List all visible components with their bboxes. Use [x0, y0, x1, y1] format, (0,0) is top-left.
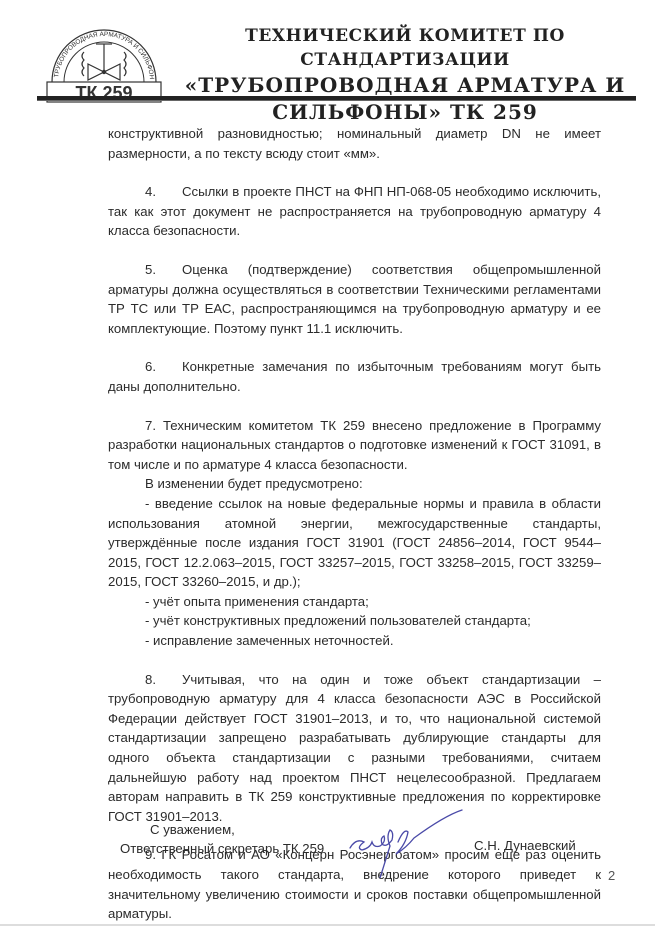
valve-icon: [82, 44, 126, 80]
item-7-bullet: - учёт конструктивных предложений пользо…: [108, 611, 601, 631]
closing-block: С уважением, Ответственный секретарь ТК …: [120, 820, 324, 858]
tk259-logo: ТРУБОПРОВОДНАЯ АРМАТУРА И СИЛЬФОНЫ ТК 25…: [44, 24, 164, 104]
letterhead: ТРУБОПРОВОДНАЯ АРМАТУРА И СИЛЬФОНЫ ТК 25…: [0, 0, 655, 110]
header-divider: [37, 96, 636, 101]
item-6: 6.Конкретные замечания по избыточным тре…: [108, 357, 601, 396]
item-7: 7. Техническим комитетом ТК 259 внесено …: [108, 416, 601, 475]
committee-title: ТЕХНИЧЕСКИЙ КОМИТЕТ ПО СТАНДАРТИЗАЦИИ «Т…: [160, 24, 650, 126]
signer-position: Ответственный секретарь ТК 259: [120, 839, 324, 858]
title-line-1: ТЕХНИЧЕСКИЙ КОМИТЕТ ПО СТАНДАРТИЗАЦИИ: [160, 24, 650, 72]
signer-name: С.Н. Дунаевский: [474, 838, 576, 853]
title-line-2: «ТРУБОПРОВОДНАЯ АРМАТУРА И: [160, 72, 650, 99]
regards-text: С уважением,: [120, 820, 324, 839]
item-7-bullet: - исправление замеченных неточностей.: [108, 631, 601, 651]
page-number: 2: [608, 868, 615, 883]
item-7-intro: В изменении будет предусмотрено:: [108, 474, 601, 494]
item-5: 5.Оценка (подтверждение) соответствия об…: [108, 260, 601, 338]
item-8: 8.Учитывая, что на один и тоже объект ст…: [108, 670, 601, 827]
page-edge: [0, 924, 655, 926]
title-line-3: СИЛЬФОНЫ» ТК 259: [160, 99, 650, 126]
item-7-bullet: - введение ссылок на новые федеральные н…: [108, 494, 601, 592]
continuation-paragraph: конструктивной разновидностью; номинальн…: [108, 124, 601, 163]
item-4: 4.Ссылки в проекте ПНСТ на ФНП НП-068-05…: [108, 182, 601, 241]
svg-text:ТРУБОПРОВОДНАЯ АРМАТУРА И СИЛЬ: ТРУБОПРОВОДНАЯ АРМАТУРА И СИЛЬФОНЫ: [44, 24, 155, 80]
item-7-bullet: - учёт опыта применения стандарта;: [108, 592, 601, 612]
signature-icon: [346, 808, 466, 878]
letter-body: конструктивной разновидностью; номинальн…: [108, 124, 601, 924]
